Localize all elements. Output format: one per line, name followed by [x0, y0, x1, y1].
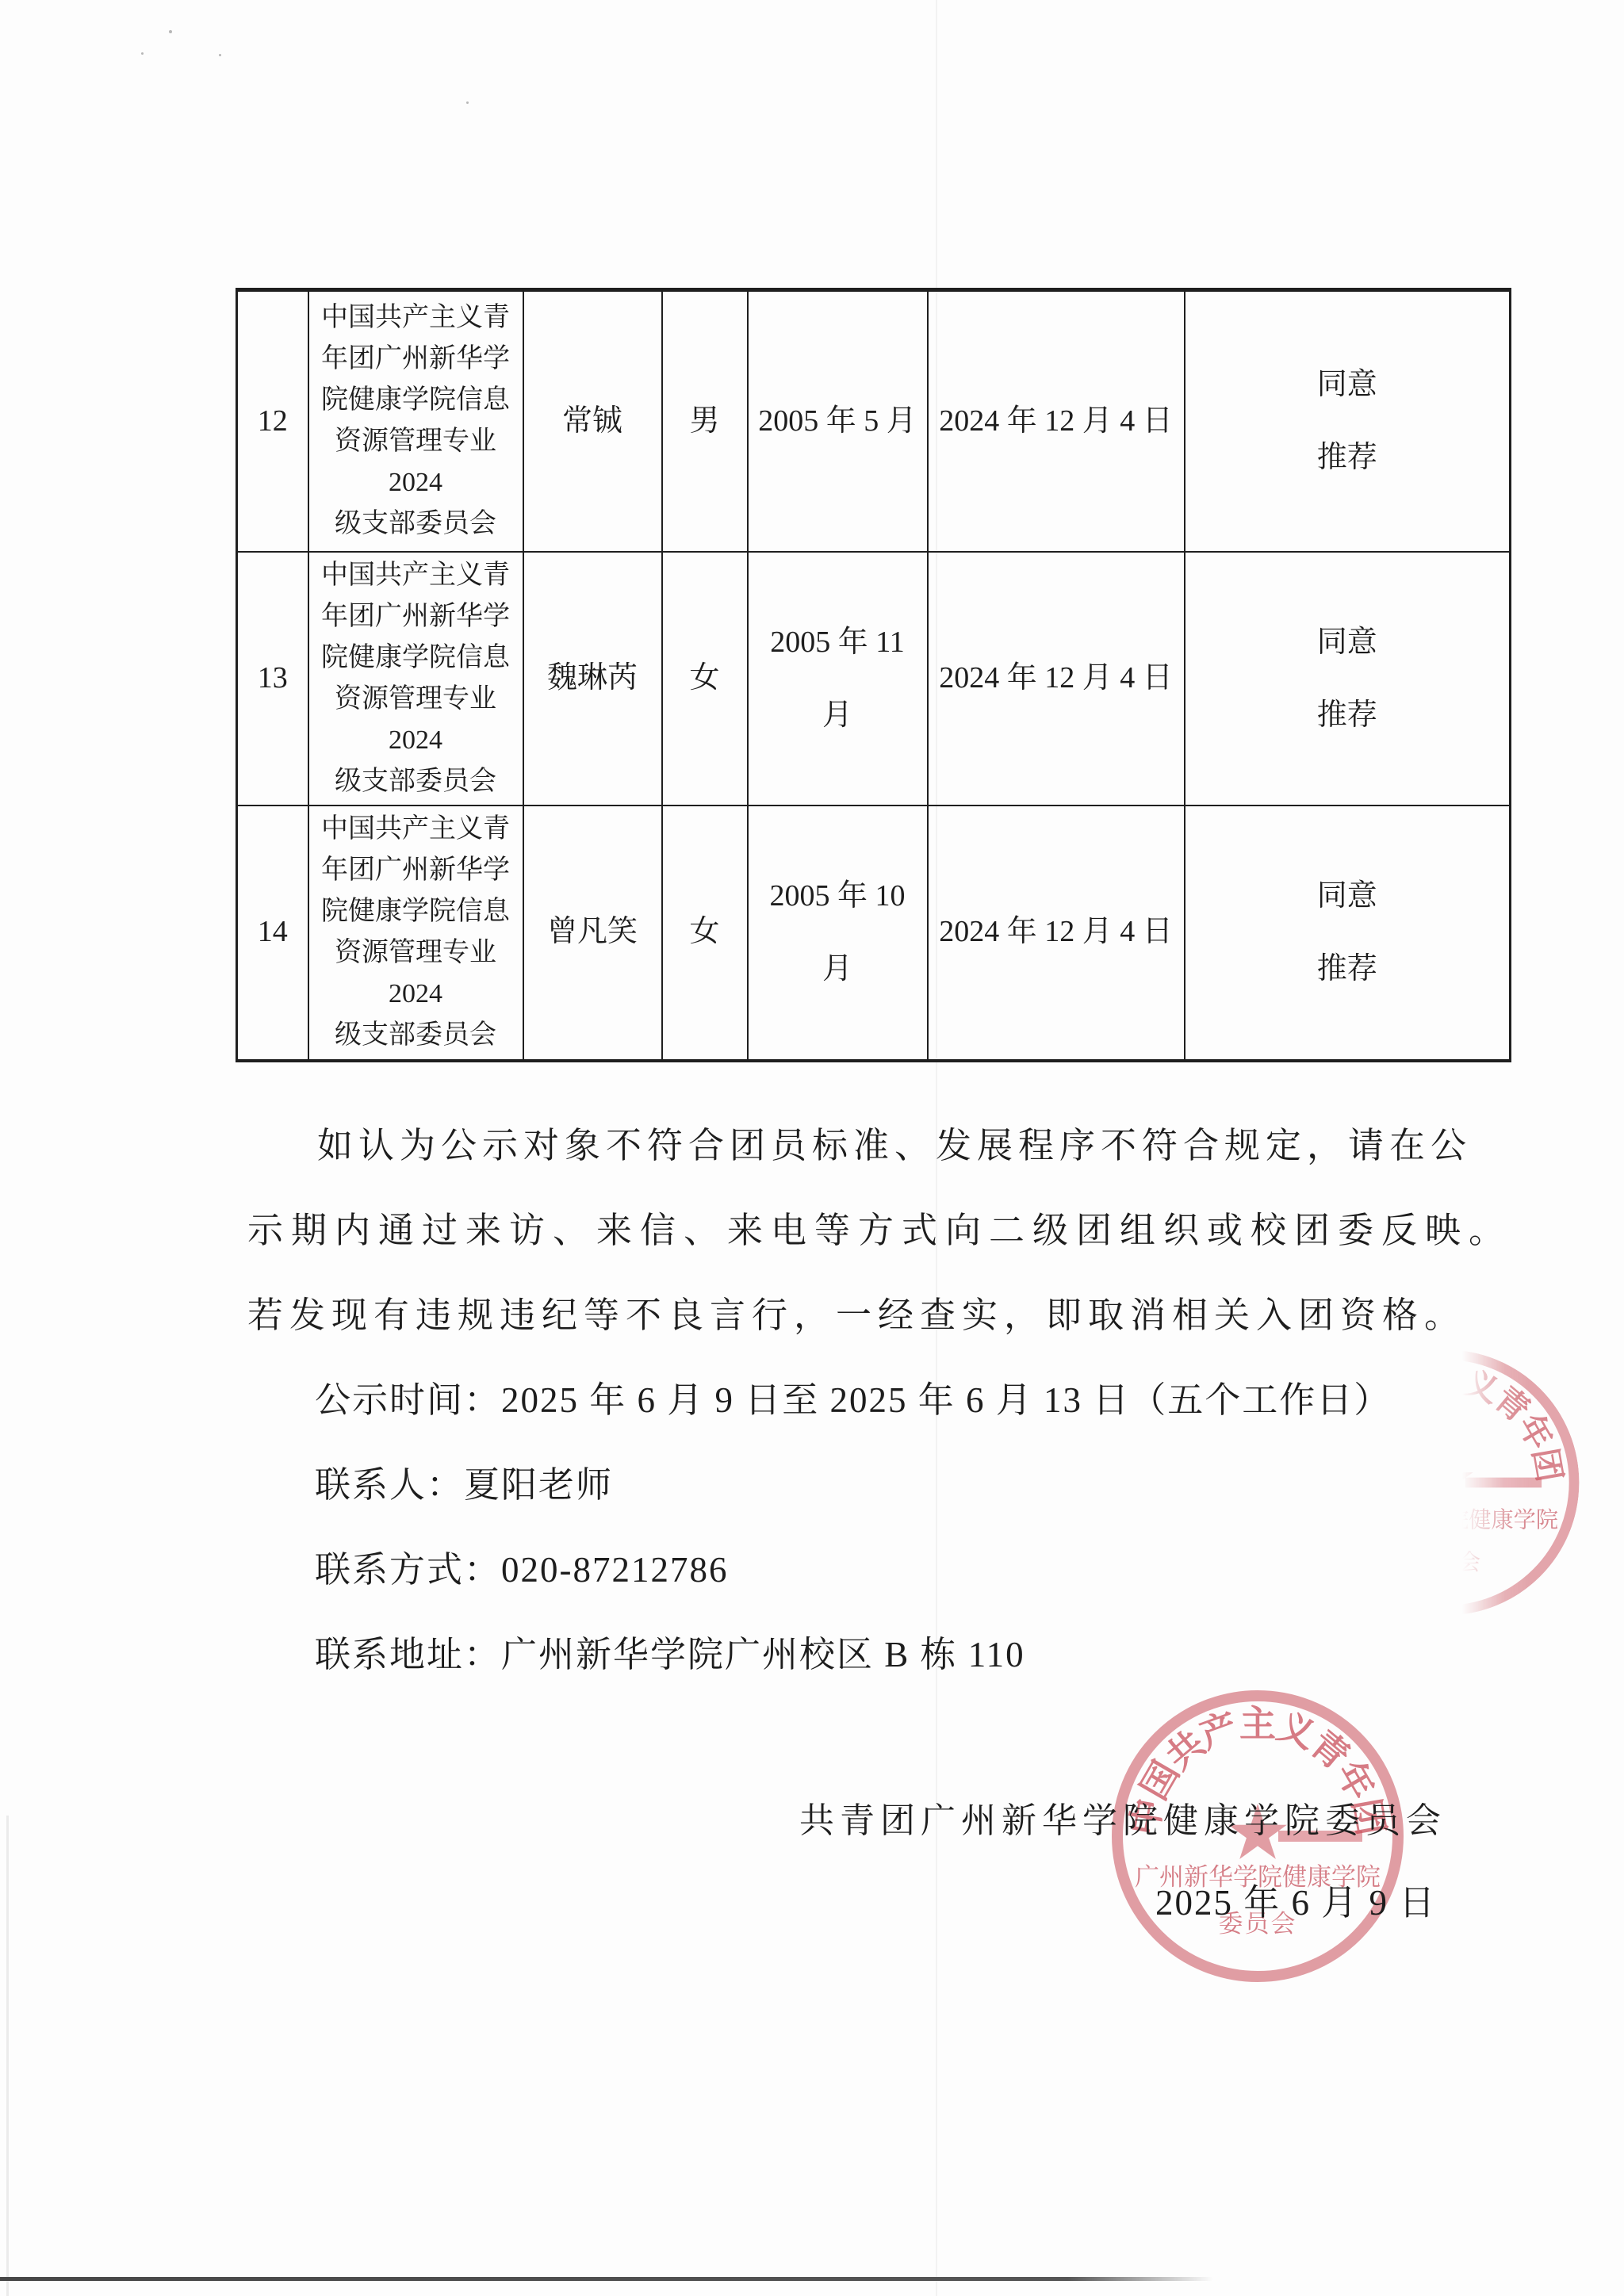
org-cell: 中国共产主义青 年团广州新华学 院健康学院信息 资源管理专业 2024 级支部委…: [308, 552, 523, 806]
name-cell: 常铖: [523, 290, 662, 552]
org-line: 年团广州新华学: [309, 850, 523, 891]
org-line: 级支部委员会: [309, 761, 523, 802]
join-date-cell: 2024 年 12 月 4 日: [928, 290, 1185, 552]
org-line: 2024: [309, 974, 523, 1015]
org-line: 2024: [309, 720, 523, 761]
org-cell: 中国共产主义青 年团广州新华学 院健康学院信息 资源管理专业 2024 级支部委…: [308, 290, 523, 552]
org-line: 中国共产主义青: [309, 809, 523, 850]
join-date-cell: 2024 年 12 月 4 日: [928, 806, 1185, 1061]
gender-cell: 男: [662, 290, 748, 552]
paragraph-line: 示期内通过来访、来信、来电等方式向二级团组织或校团委反映。: [0, 1188, 1624, 1273]
contact-address-line: 联系地址：广州新华学院广州校区 B 栋 110: [0, 1613, 1624, 1697]
join-date-cell: 2024 年 12 月 4 日: [928, 552, 1185, 806]
table-row: 14 中国共产主义青 年团广州新华学 院健康学院信息 资源管理专业 2024 级…: [237, 806, 1511, 1061]
issuing-committee: 共青团广州新华学院健康学院委员会: [799, 1800, 1446, 1842]
opinion-cell: 同意 推荐: [1185, 290, 1511, 552]
org-line: 资源管理专业: [309, 679, 523, 720]
org-line: 院健康学院信息: [309, 380, 523, 421]
partial-official-seal: 中国共产主义青年团 ★ 广州新华学院健康学院 委员会: [1314, 1350, 1580, 1616]
member-roster-table: 12 中国共产主义青 年团广州新华学 院健康学院信息 资源管理专业 2024 级…: [236, 288, 1511, 1062]
birth-cell: 2005 年 11 月: [748, 552, 928, 806]
org-line: 资源管理专业: [309, 932, 523, 974]
org-line: 年团广州新华学: [309, 596, 523, 637]
org-line: 院健康学院信息: [309, 637, 523, 679]
org-line: 中国共产主义青: [309, 297, 523, 339]
scan-bottom-edge: [0, 2277, 1213, 2281]
scan-edge-shadow: [6, 1816, 9, 2296]
birth-cell: 2005 年 10 月: [748, 806, 928, 1061]
scan-speck: [141, 52, 144, 55]
seal-bar: [1465, 1478, 1542, 1488]
scan-speck: [466, 101, 469, 104]
name-cell: 曾凡笑: [523, 806, 662, 1061]
gender-cell: 女: [662, 552, 748, 806]
org-line: 级支部委员会: [309, 503, 523, 545]
gender-cell: 女: [662, 806, 748, 1061]
paragraph-line: 如认为公示对象不符合团员标准、发展程序不符合规定，请在公: [0, 1104, 1624, 1188]
opinion-cell: 同意 推荐: [1185, 552, 1511, 806]
scan-speck: [219, 54, 221, 56]
scanned-notice-page: 12 中国共产主义青 年团广州新华学 院健康学院信息 资源管理专业 2024 级…: [0, 0, 1624, 2296]
opinion-cell: 同意 推荐: [1185, 806, 1511, 1061]
seal-ring-char: 主: [1430, 1354, 1463, 1402]
org-line: 2024: [309, 462, 523, 503]
birth-cell: 2005 年 5 月: [748, 290, 928, 552]
org-line: 资源管理专业: [309, 421, 523, 462]
row-number: 13: [237, 552, 308, 806]
org-line: 年团广州新华学: [309, 339, 523, 380]
row-number: 14: [237, 806, 308, 1061]
seal-bottom-text: 委员会: [1323, 1544, 1568, 1576]
seal-ring-char: 主: [1239, 1695, 1276, 1747]
issue-date: 2025 年 6 月 9 日: [1155, 1882, 1436, 1923]
table-row: 13 中国共产主义青 年团广州新华学 院健康学院信息 资源管理专业 2024 级…: [237, 552, 1511, 806]
seal-inner-text: 广州新华学院健康学院: [1323, 1502, 1568, 1534]
org-line: 级支部委员会: [309, 1015, 523, 1056]
org-cell: 中国共产主义青 年团广州新华学 院健康学院信息 资源管理专业 2024 级支部委…: [308, 806, 523, 1061]
name-cell: 魏琳芮: [523, 552, 662, 806]
org-line: 院健康学院信息: [309, 891, 523, 932]
paragraph-line: 若发现有违规违纪等不良言行，一经查实，即取消相关入团资格。: [0, 1273, 1624, 1358]
scan-speck: [169, 30, 172, 33]
table-row: 12 中国共产主义青 年团广州新华学 院健康学院信息 资源管理专业 2024 级…: [237, 290, 1511, 552]
row-number: 12: [237, 290, 308, 552]
org-line: 中国共产主义青: [309, 555, 523, 596]
